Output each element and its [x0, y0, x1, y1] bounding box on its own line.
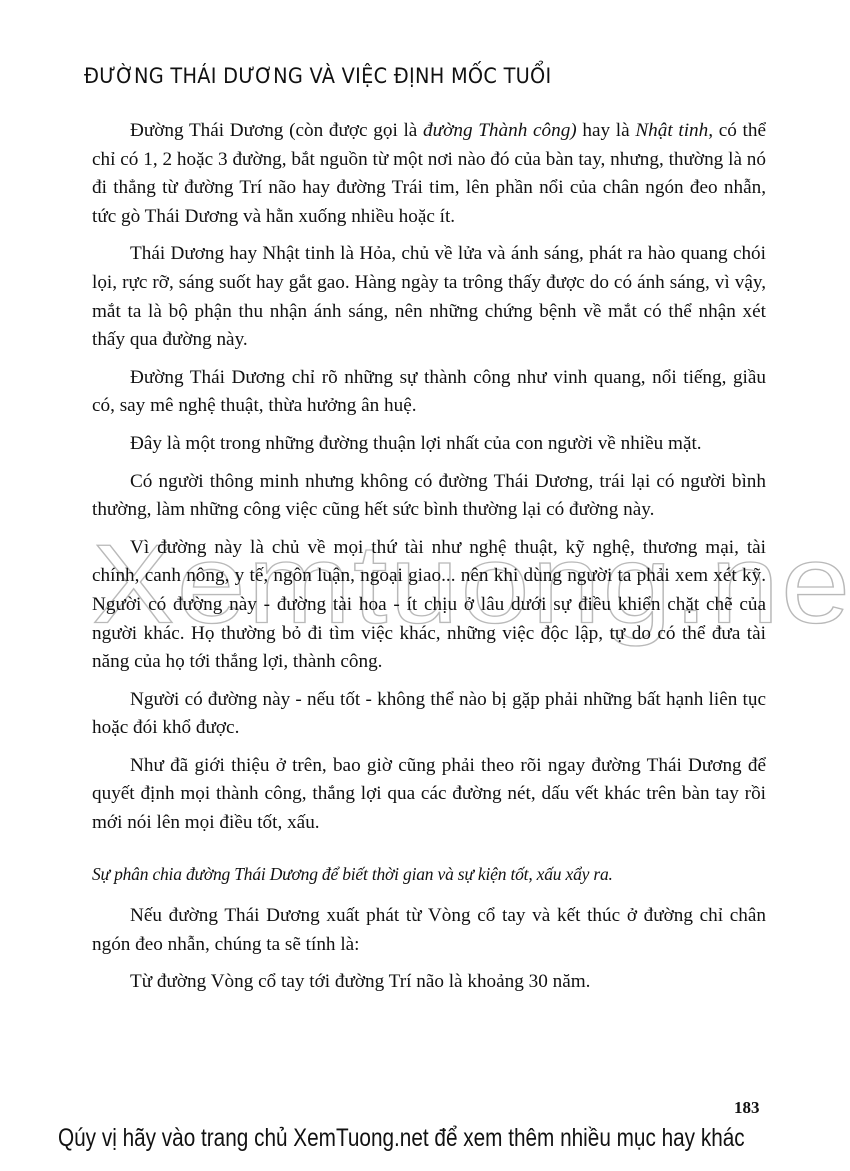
paragraph-1: Đường Thái Dương (còn được gọi là đường …	[92, 117, 766, 231]
text-segment: Đường Thái Dương (còn được gọi là	[130, 120, 423, 141]
paragraph-10: Từ đường Vòng cổ tay tới đường Trí não l…	[92, 968, 766, 997]
paragraph-9: Nếu đường Thái Dương xuất phát từ Vòng c…	[92, 902, 766, 959]
body-text: Đường Thái Dương (còn được gọi là đường …	[92, 117, 766, 1006]
text-segment: hay là	[577, 120, 636, 141]
paragraph-2: Thái Dương hay Nhật tinh là Hỏa, chủ về …	[92, 240, 766, 354]
book-page: Xemtuong.net ĐƯỜNG THÁI DƯƠNG VÀ VIỆC ĐỊ…	[0, 0, 850, 1171]
paragraph-4: Đây là một trong những đường thuận lợi n…	[92, 430, 766, 459]
site-footer-banner: Qúy vị hãy vào trang chủ XemTuong.net để…	[58, 1124, 745, 1153]
section-subheading: Sự phân chia đường Thái Dương để biết th…	[92, 860, 766, 889]
page-title: ĐƯỜNG THÁI DƯƠNG VÀ VIỆC ĐỊNH MỐC TUỔI	[84, 64, 552, 88]
page-number: 183	[734, 1098, 760, 1118]
paragraph-5: Có người thông minh nhưng không có đường…	[92, 468, 766, 525]
paragraph-7: Người có đường này - nếu tốt - không thể…	[92, 686, 766, 743]
paragraph-6: Vì đường này là chủ về mọi thứ tài như n…	[92, 534, 766, 677]
paragraph-8: Như đã giới thiệu ở trên, bao giờ cũng p…	[92, 752, 766, 838]
italic-term-thanh-cong: đường Thành công)	[423, 120, 577, 141]
paragraph-3: Đường Thái Dương chỉ rõ những sự thành c…	[92, 364, 766, 421]
italic-term-nhat-tinh: Nhật tinh,	[635, 120, 713, 141]
